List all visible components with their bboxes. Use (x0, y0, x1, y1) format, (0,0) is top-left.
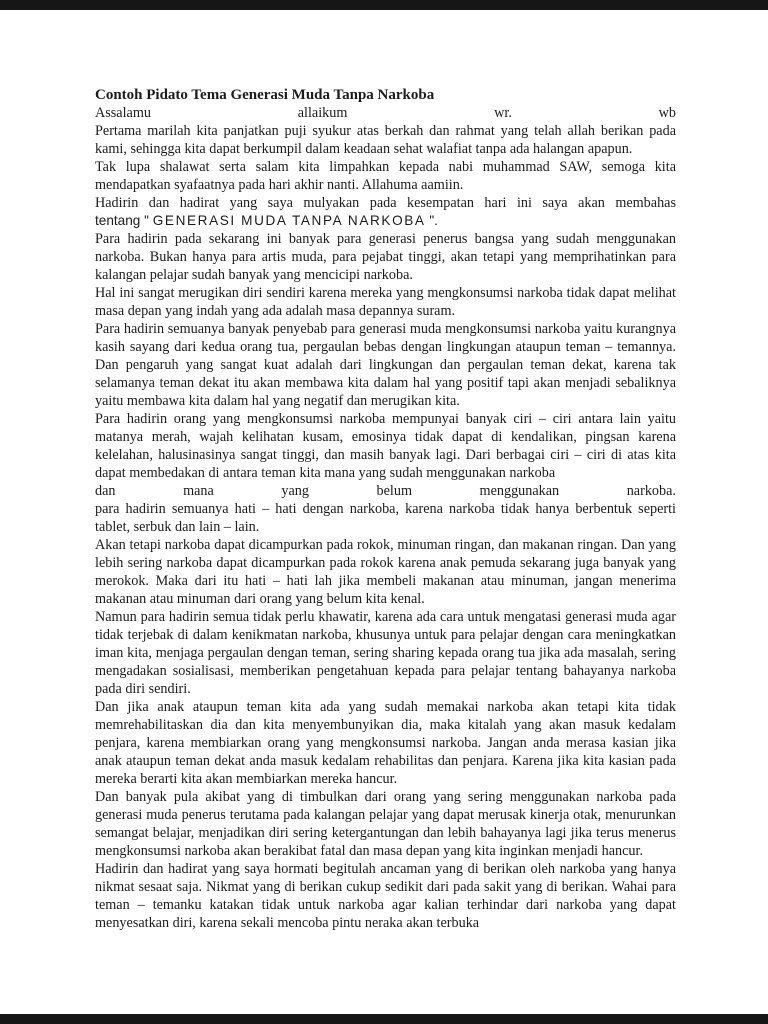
paragraph-dicampurkan: Akan tetapi narkoba dapat dicampurkan pa… (95, 536, 676, 608)
topic-title-text: GENERASI MUDA TANPA NARKOBA (153, 213, 426, 228)
topic-title-line: tentang " GENERASI MUDA TANPA NARKOBA ". (95, 212, 676, 230)
spread-word: mana (183, 482, 214, 500)
paragraph-ciri-ciri: Para hadirin orang yang mengkonsumsi nar… (95, 410, 676, 482)
paragraph-topic: Hadirin dan hadirat yang saya mulyakan p… (95, 194, 676, 230)
spread-word: yang (281, 482, 309, 500)
spread-word: dan (95, 482, 116, 500)
greeting-word: wb (659, 104, 676, 122)
greeting-word: Assalamu (95, 104, 151, 122)
viewer-bottom-bar (0, 1014, 768, 1024)
spread-word: narkoba. (627, 482, 676, 500)
topic-prefix: tentang " (95, 213, 153, 228)
greeting-word: wr. (494, 104, 512, 122)
paragraph-generasi-penerus: Para hadirin pada sekarang ini banyak pa… (95, 230, 676, 284)
spread-line-dan-mana: dan mana yang belum menggunakan narkoba. (95, 482, 676, 500)
paragraph-rehabilitasi: Dan jika anak ataupun teman kita ada yan… (95, 698, 676, 788)
paragraph-hati-hati: para hadirin semuanya hati – hati dengan… (95, 500, 676, 536)
paragraph-penutup: Hadirin dan hadirat yang saya hormati be… (95, 860, 676, 932)
topic-suffix: ". (426, 213, 438, 228)
paragraph-shalawat: Tak lupa shalawat serta salam kita limpa… (95, 158, 676, 194)
paragraph-cara-mengatasi: Namun para hadirin semua tidak perlu kha… (95, 608, 676, 698)
greeting-word: allaikum (298, 104, 348, 122)
topic-intro-line: Hadirin dan hadirat yang saya mulyakan p… (95, 194, 676, 212)
greeting-line: Assalamu allaikum wr. wb (95, 104, 676, 122)
document-title: Contoh Pidato Tema Generasi Muda Tanpa N… (95, 86, 676, 104)
paragraph-penyebab: Para hadirin semuanya banyak penyebab pa… (95, 320, 676, 410)
spread-word: belum (377, 482, 412, 500)
spread-word: menggunakan (480, 482, 560, 500)
paragraph-akibat: Dan banyak pula akibat yang di timbulkan… (95, 788, 676, 860)
viewer-top-bar (0, 0, 768, 10)
paragraph-merugikan-diri: Hal ini sangat merugikan diri sendiri ka… (95, 284, 676, 320)
paragraph-opening: Pertama marilah kita panjatkan puji syuk… (95, 122, 676, 158)
document-page: Contoh Pidato Tema Generasi Muda Tanpa N… (0, 0, 768, 1024)
document-body: Contoh Pidato Tema Generasi Muda Tanpa N… (95, 86, 676, 932)
